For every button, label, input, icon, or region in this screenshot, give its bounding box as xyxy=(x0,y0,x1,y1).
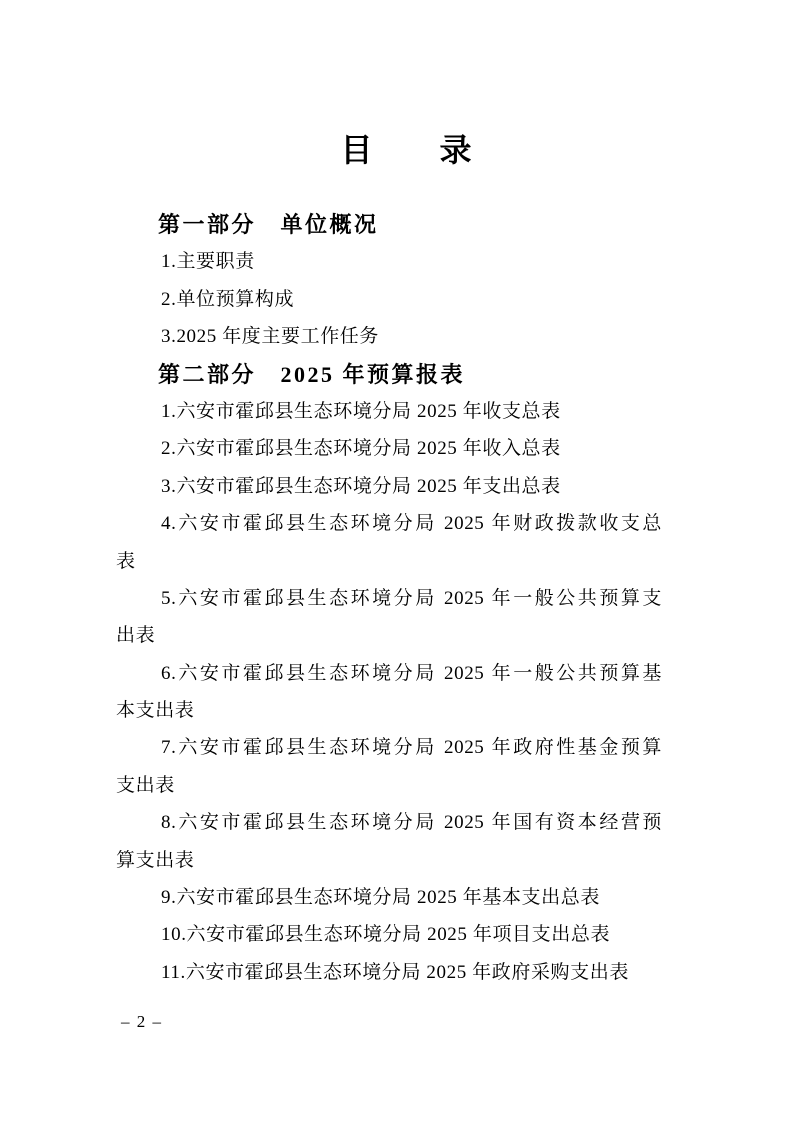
toc-item: 11.六安市霍邱县生态环境分局 2025 年政府采购支出表 xyxy=(116,954,662,991)
toc-item: 6.六安市霍邱县生态环境分局 2025 年一般公共预算基 xyxy=(116,655,662,692)
page-title: 目 录 xyxy=(10,128,793,172)
toc-item: 7.六安市霍邱县生态环境分局 2025 年政府性基金预算 xyxy=(116,729,662,766)
toc-item: 2.单位预算构成 xyxy=(116,281,662,318)
toc-item-continuation: 表 xyxy=(116,543,662,580)
toc-item: 3.2025 年度主要工作任务 xyxy=(116,318,662,355)
toc-item-continuation: 出表 xyxy=(116,617,662,654)
toc-item-continuation: 支出表 xyxy=(116,767,662,804)
toc-item: 10.六安市霍邱县生态环境分局 2025 年项目支出总表 xyxy=(116,916,662,953)
toc-item: 9.六安市霍邱县生态环境分局 2025 年基本支出总表 xyxy=(116,879,662,916)
toc-item: 4.六安市霍邱县生态环境分局 2025 年财政拨款收支总 xyxy=(116,505,662,542)
toc-item: 1.六安市霍邱县生态环境分局 2025 年收支总表 xyxy=(116,393,662,430)
toc-item: 2.六安市霍邱县生态环境分局 2025 年收入总表 xyxy=(116,430,662,467)
toc-item: 8.六安市霍邱县生态环境分局 2025 年国有资本经营预 xyxy=(116,804,662,841)
toc-section-heading: 第二部分 2025 年预算报表 xyxy=(116,356,662,393)
toc-item: 3.六安市霍邱县生态环境分局 2025 年支出总表 xyxy=(116,468,662,505)
toc-item: 1.主要职责 xyxy=(116,243,662,280)
page-number: – 2 – xyxy=(121,1012,163,1032)
toc-item-continuation: 算支出表 xyxy=(116,842,662,879)
toc-item: 5.六安市霍邱县生态环境分局 2025 年一般公共预算支 xyxy=(116,580,662,617)
toc-list: 第一部分 单位概况1.主要职责2.单位预算构成3.2025 年度主要工作任务第二… xyxy=(116,206,662,991)
toc-section-heading: 第一部分 单位概况 xyxy=(116,206,662,243)
toc-item-continuation: 本支出表 xyxy=(116,692,662,729)
document-page: 目 录 第一部分 单位概况1.主要职责2.单位预算构成3.2025 年度主要工作… xyxy=(0,0,793,1122)
